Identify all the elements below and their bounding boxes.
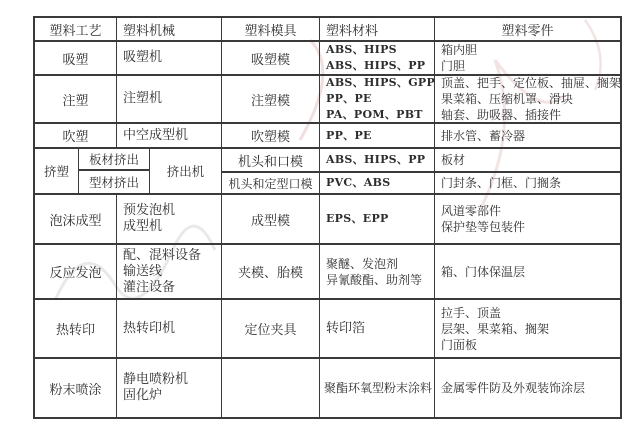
header-material: 塑料材料 bbox=[320, 18, 435, 42]
cell-mold: 吸塑模 bbox=[222, 42, 320, 76]
cell-materials: PP、PE bbox=[320, 124, 435, 149]
cell-machine: 挤出机 bbox=[150, 149, 221, 193]
cell-line: 固化炉 bbox=[123, 388, 162, 404]
cell-line: 拉手、顶盖 bbox=[441, 305, 501, 321]
cell-line: 注塑机 bbox=[123, 91, 162, 107]
cell-line: 门胆 bbox=[441, 58, 465, 74]
cell-line: EPS、EPP bbox=[326, 211, 389, 227]
cell-subtype: 型材挤出 bbox=[79, 171, 150, 193]
cell-line: 保护垫等包装件 bbox=[441, 219, 525, 235]
header-process: 塑料工艺 bbox=[35, 18, 117, 42]
cell-machine: 热转印机 bbox=[117, 300, 222, 359]
cell-line: 风道零部件 bbox=[441, 203, 501, 219]
cell-line: 果菜箱、压缩机罩、滑块 bbox=[441, 91, 573, 107]
cell-line: 聚酯环氧型粉末涂料 bbox=[324, 380, 432, 396]
cell-subtype: 板材挤出 bbox=[79, 149, 150, 171]
header-parts: 塑料零件 bbox=[435, 18, 620, 42]
cell-line: PVC、ABS bbox=[326, 175, 390, 191]
cell-line: ABS、HIPS bbox=[326, 42, 397, 58]
cell-line: 排水管、蓄冷器 bbox=[441, 128, 525, 144]
cell-materials: ABS、HIPS、GPPS PP、PE PA、POM、PBT bbox=[320, 76, 435, 124]
cell-mold-empty bbox=[222, 359, 320, 417]
cell-line: ABS、HIPS、PP bbox=[326, 152, 425, 168]
cell-mold: 机头和定型口模 bbox=[222, 173, 320, 195]
cell-mold: 成型模 bbox=[222, 195, 320, 245]
cell-materials: ABS、HIPS ABS、HIPS、PP bbox=[320, 42, 435, 76]
cell-line: 金属零件防及外观装饰涂层 bbox=[441, 380, 585, 396]
cell-materials: ABS、HIPS、PP bbox=[320, 149, 435, 173]
cell-line: 成型机 bbox=[123, 219, 162, 235]
cell-machine: 注塑机 bbox=[117, 76, 222, 124]
cell-parts: 顶盖、把手、定位板、抽屉、搁架、 果菜箱、压缩机罩、滑块 轴套、助吸器、插接件 bbox=[435, 76, 620, 124]
cell-parts: 板材 bbox=[435, 149, 620, 173]
cell-parts: 金属零件防及外观装饰涂层 bbox=[435, 359, 620, 417]
cell-mold: 夹模、胎模 bbox=[222, 245, 320, 300]
extrusion-block: 挤塑 板材挤出 挤出机 型材挤出 bbox=[35, 149, 222, 195]
cell-materials: 聚酯环氧型粉末涂料 bbox=[320, 359, 435, 417]
cell-process: 粉末喷涂 bbox=[35, 359, 117, 417]
header-mold: 塑料模具 bbox=[222, 18, 320, 42]
cell-parts: 箱、门体保温层 bbox=[435, 245, 620, 300]
cell-line: 箱、门体保温层 bbox=[441, 264, 525, 280]
cell-line: 配、混料设备 bbox=[123, 248, 201, 264]
cell-line: PA、POM、PBT bbox=[326, 107, 423, 123]
cell-line: 热转印机 bbox=[123, 321, 175, 337]
cell-line: 异氰酸酯、助剂等 bbox=[326, 272, 422, 288]
cell-line: 板材 bbox=[441, 152, 465, 168]
cell-process: 挤塑 bbox=[35, 149, 79, 193]
plastics-process-table: 塑料工艺 塑料机械 塑料模具 塑料材料 塑料零件 吸塑 吸塑机 吸塑模 ABS、… bbox=[33, 16, 622, 419]
cell-line: ABS、HIPS、PP bbox=[326, 58, 425, 74]
cell-materials: PVC、ABS bbox=[320, 173, 435, 195]
cell-line: PP、PE bbox=[326, 128, 372, 144]
cell-process: 泡沫成型 bbox=[35, 195, 117, 245]
cell-line: 中空成型机 bbox=[123, 128, 188, 144]
cell-line: 箱内胆 bbox=[441, 42, 477, 58]
cell-machine: 静电喷粉机 固化炉 bbox=[117, 359, 222, 417]
cell-mold: 定位夹具 bbox=[222, 300, 320, 359]
cell-line: 灌注设备 bbox=[123, 280, 175, 296]
cell-mold: 吹塑模 bbox=[222, 124, 320, 149]
cell-parts: 排水管、蓄冷器 bbox=[435, 124, 620, 149]
cell-process: 反应发泡 bbox=[35, 245, 117, 300]
cell-process: 热转印 bbox=[35, 300, 117, 359]
cell-machine: 配、混料设备 输送线 灌注设备 bbox=[117, 245, 222, 300]
cell-parts: 箱内胆 门胆 bbox=[435, 42, 620, 76]
cell-line: 聚醚、发泡剂 bbox=[326, 256, 398, 272]
cell-line: 吸塑机 bbox=[123, 50, 162, 66]
cell-materials: 转印箔 bbox=[320, 300, 435, 359]
cell-line: 转印箔 bbox=[326, 321, 365, 337]
cell-mold: 注塑模 bbox=[222, 76, 320, 124]
cell-line: 静电喷粉机 bbox=[123, 372, 188, 388]
cell-process: 吸塑 bbox=[35, 42, 117, 76]
cell-process: 吹塑 bbox=[35, 124, 117, 149]
cell-line: ABS、HIPS、GPPS bbox=[326, 76, 435, 91]
cell-machine: 中空成型机 bbox=[117, 124, 222, 149]
cell-process: 注塑 bbox=[35, 76, 117, 124]
cell-line: 轴套、助吸器、插接件 bbox=[441, 107, 561, 123]
cell-line: 预发泡机 bbox=[123, 203, 175, 219]
cell-materials: EPS、EPP bbox=[320, 195, 435, 245]
cell-line: 层架、果菜箱、搁架 bbox=[441, 321, 549, 337]
cell-machine: 吸塑机 bbox=[117, 42, 222, 76]
cell-line: 顶盖、把手、定位板、抽屉、搁架、 bbox=[441, 76, 620, 91]
cell-mold: 机头和口模 bbox=[222, 149, 320, 173]
cell-parts: 门封条、门框、门搁条 bbox=[435, 173, 620, 195]
cell-line: 门面板 bbox=[441, 337, 477, 353]
cell-parts: 风道零部件 保护垫等包装件 bbox=[435, 195, 620, 245]
cell-machine: 预发泡机 成型机 bbox=[117, 195, 222, 245]
cell-line: 输送线 bbox=[123, 264, 162, 280]
cell-line: PP、PE bbox=[326, 91, 372, 107]
cell-materials: 聚醚、发泡剂 异氰酸酯、助剂等 bbox=[320, 245, 435, 300]
cell-line: 门封条、门框、门搁条 bbox=[441, 175, 561, 191]
cell-parts: 拉手、顶盖 层架、果菜箱、搁架 门面板 bbox=[435, 300, 620, 359]
header-machinery: 塑料机械 bbox=[117, 18, 222, 42]
